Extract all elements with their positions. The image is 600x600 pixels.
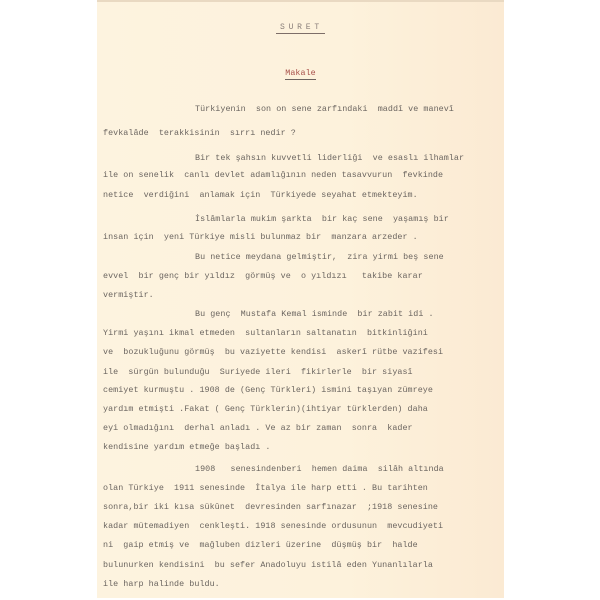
document-title-text: SURET <box>276 23 325 34</box>
text-line: Bu genç Mustafa Kemal isminde bir zabit … <box>195 309 434 319</box>
scan-canvas: SURET Makale Türkiyenin son on sene zarf… <box>0 0 600 600</box>
text-line: Türkiyenin son on sene zarfındaki maddî … <box>195 104 454 114</box>
text-line: yardım etmişti .Fakat ( Genç Türklerin)(… <box>103 404 428 414</box>
text-line: ile sürgün bulunduğu Suriyede ileri fiki… <box>103 367 413 377</box>
text-line: olan Türkiye 1911 senesinde İtalya ile h… <box>103 483 428 493</box>
text-line: kendisine yardım etmeğe başladı . <box>103 442 271 452</box>
text-line: cemiyet kurmuştu . 1908 de (Genç Türkler… <box>103 385 433 395</box>
text-line: fevkalâde terakkisinin sırrı nedir ? <box>103 128 296 138</box>
text-line: insan için yeni Türkiye misli bulunmaz b… <box>103 232 418 242</box>
text-line: ni gaip etmiş ve mağluben dizleri üzerin… <box>103 540 418 550</box>
text-line: İslâmlarla mukim şarkta bir kaç sene yaş… <box>195 214 449 224</box>
text-line: sonra,bir iki kısa sükûnet devresinden s… <box>103 502 438 512</box>
text-line: ile on senelik canlı devlet adamlığının … <box>103 170 443 180</box>
typewritten-page: SURET Makale Türkiyenin son on sene zarf… <box>97 0 504 598</box>
text-line: netice verdiğini anlamak için Türkiyede … <box>103 190 418 200</box>
text-line: kadar mütemadiyen cenkleşti. 1918 senesi… <box>103 521 443 531</box>
text-line: eyi olmadığını derhal anladı . Ve az bir… <box>103 423 413 433</box>
text-line: 1908 senesindenberi hemen daima silâh al… <box>195 464 444 474</box>
text-line: vermiştir. <box>103 290 154 300</box>
text-line: Bir tek şahsın kuvvetli liderliği ve esa… <box>195 153 464 163</box>
text-line: evvel bir genç bir yıldız görmüş ve o yı… <box>103 271 423 281</box>
text-line: ve bozukluğunu görmüş bu vaziyette kendi… <box>103 347 443 357</box>
document-title: SURET <box>97 23 504 32</box>
text-line: Yirmi yaşını ikmal etmeden sultanların s… <box>103 328 428 338</box>
document-subtitle: Makale <box>97 68 504 78</box>
text-line: Bu netice meydana gelmiştir, zira yirmi … <box>195 252 444 262</box>
text-line: ile harp halinde buldu. <box>103 579 220 589</box>
text-line: bulunurken kendisini bu sefer Anadoluyu … <box>103 560 433 570</box>
document-subtitle-text: Makale <box>285 68 315 80</box>
